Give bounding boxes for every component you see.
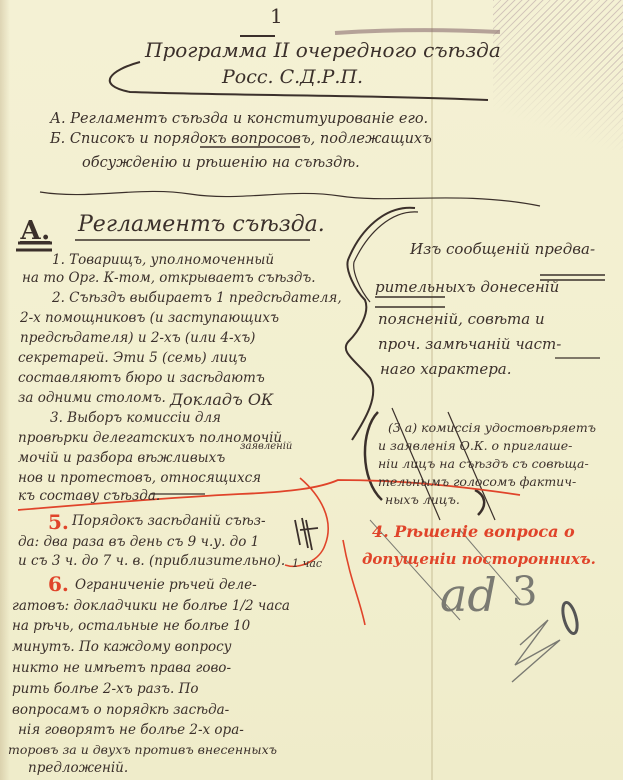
left-line: за одними столомъ. (18, 392, 166, 406)
section-a-marker: А. (20, 218, 50, 244)
left-line: 2. Съѣздъ выбираетъ 1 предсѣдателя, (52, 292, 342, 306)
item-6-line: гатовъ: докладчики не болѣе 1/2 часа (12, 600, 290, 614)
left-line: нов и протестовъ, относящихся (18, 472, 261, 486)
left-line: составляютъ бюро и засѣдаютъ (18, 372, 265, 386)
right-note-line: тельнымъ голосомъ фактич- (378, 476, 576, 489)
right-line: проч. замѣчаній част- (378, 337, 561, 352)
left-line: на то Орг. К-том, открываетъ съѣздъ. (22, 272, 316, 286)
interlinear-zayavleniy: заявленій (240, 442, 292, 452)
item-6-line: предложеній. (28, 762, 128, 776)
right-note-line: и заявленія О.К. о приглаше- (378, 440, 572, 453)
item-6-line: на рѣчь, остальные не болѣе 10 (12, 620, 250, 634)
item-5-line: да: два раза въ день съ 9 ч.у. до 1 (18, 536, 259, 550)
document-subtitle: Росс. С.Д.Р.П. (222, 68, 363, 87)
item-6-line: нія говорятъ не болѣе 2-х ора- (18, 724, 244, 738)
red-note-line: 4. Рѣшеніе вопроса о (372, 524, 575, 540)
right-line: Изъ сообщеній предва- (410, 242, 595, 257)
pencil-mark-ad: ad (440, 572, 497, 618)
item-6-line: никто не имѣетъ права гово- (12, 662, 231, 676)
right-line: рительныхъ донесеній (375, 280, 559, 295)
item-5-margin-note: 1 час (292, 558, 322, 569)
left-line: 2-х помощниковъ (и заступающихъ (20, 312, 279, 326)
section-a-heading: Регламентъ съѣзда. (78, 214, 325, 236)
left-line: мочій и разбора вѣжливыхъ (18, 452, 225, 466)
right-line: поясненій, совѣта и (378, 312, 545, 327)
item-6-line: рить болѣе 2-хъ разъ. По (12, 683, 199, 697)
red-note-line: допущеніи постороннихъ. (362, 552, 596, 567)
left-line: предсѣдателя) и 2-хъ (или 4-хъ) (20, 332, 255, 346)
left-line: 1. Товарищъ, уполномоченный (52, 254, 274, 268)
left-line: секретарей. Эти 5 (семь) лицъ (18, 352, 247, 366)
toc-item-b: Б. Списокъ и порядокъ вопросовъ, подлежа… (50, 132, 432, 147)
toc-item-b-cont: обсужденію и рѣшенію на съѣздѣ. (82, 156, 360, 171)
item-6-line: вопросамъ о порядкѣ засѣда- (12, 704, 229, 718)
item-6-line: Ограниченіе рѣчей деле- (75, 579, 257, 593)
item-5-number: 5. (48, 512, 69, 532)
right-note-line: (3 а) комиссія удостовѣряетъ (388, 422, 596, 435)
item-5-line: Порядокъ засѣданій съѣз- (72, 515, 266, 529)
item-6-line: минутъ. По каждому вопросу (12, 641, 231, 655)
item-6-line: торовъ за и двухъ противъ внесенныхъ (8, 744, 277, 757)
page-number: 1 (270, 6, 283, 26)
pencil-mark-3: 3 (512, 572, 537, 612)
right-line: наго характера. (380, 362, 512, 377)
right-note-line: ныхъ лицъ. (385, 494, 460, 507)
right-note-line: ніи лицъ на съѣздъ съ совѣща- (378, 458, 589, 471)
toc-item-a: А. Регламентъ съѣзда и конституированіе … (50, 112, 428, 127)
item-6-number: 6. (48, 574, 69, 594)
item-5-line: и съ 3 ч. до 7 ч. в. (приблизительно). (18, 555, 285, 569)
left-line: 3. Выборъ комиссіи для (50, 412, 221, 426)
interlinear-doklad: Докладъ ОК (170, 392, 273, 408)
document-title: Программа II очередного съѣзда (145, 40, 501, 60)
left-line: къ составу съѣзда. (18, 490, 160, 504)
